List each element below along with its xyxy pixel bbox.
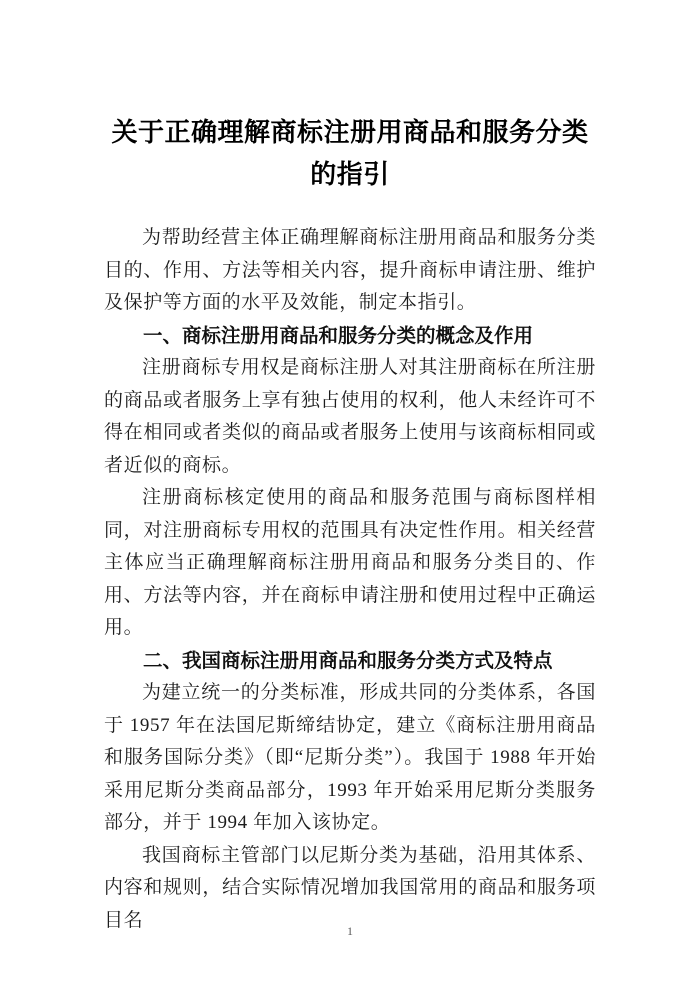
paragraph-nice-agreement: 为建立统一的分类标准，形成共同的分类体系，各国于 1957 年在法国尼斯缔结协定…: [104, 677, 596, 840]
document-content: 关于正确理解商标注册用商品和服务分类的指引 为帮助经营主体正确理解商标注册用商品…: [104, 112, 596, 937]
paragraph-intro: 为帮助经营主体正确理解商标注册用商品和服务分类目的、作用、方法等相关内容，提升商…: [104, 222, 596, 320]
section-heading-1: 一、商标注册用商品和服务分类的概念及作用: [104, 320, 596, 353]
paragraph-exclusive-right: 注册商标专用权是商标注册人对其注册商标在所注册的商品或者服务上享有独占使用的权利…: [104, 352, 596, 482]
section-heading-2: 二、我国商标注册用商品和服务分类方式及特点: [104, 645, 596, 678]
paragraph-china-authority: 我国商标主管部门以尼斯分类为基础，沿用其体系、内容和规则，结合实际情况增加我国常…: [104, 840, 596, 938]
paragraph-approved-scope: 注册商标核定使用的商品和服务范围与商标图样相同，对注册商标专用权的范围具有决定性…: [104, 482, 596, 645]
document-title: 关于正确理解商标注册用商品和服务分类的指引: [104, 112, 596, 196]
document-page: 关于正确理解商标注册用商品和服务分类的指引 为帮助经营主体正确理解商标注册用商品…: [0, 0, 700, 991]
page-number: 1: [0, 924, 700, 939]
